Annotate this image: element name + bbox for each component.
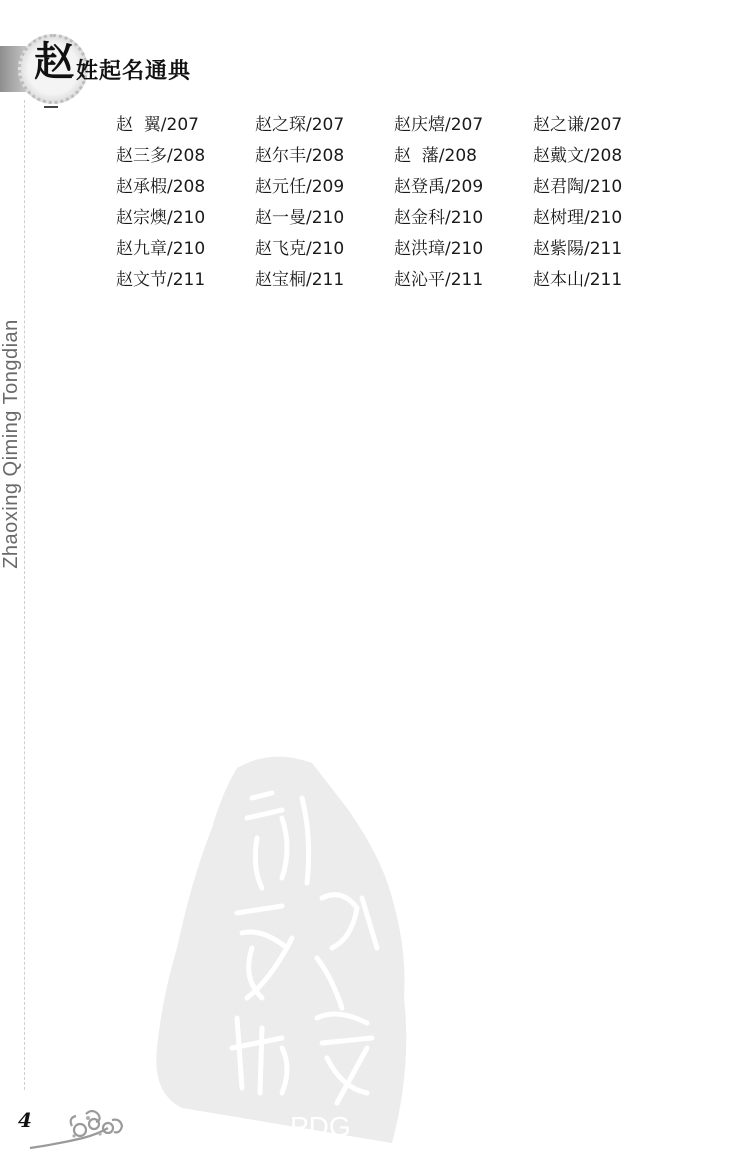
index-entry: 赵树理/210 [533,207,672,229]
index-entry: 赵之谦/207 [533,114,672,136]
index-entry: 赵一曼/210 [255,207,394,229]
watermark-label: PDG [290,1111,351,1142]
index-entry: 赵洪璋/210 [394,238,533,260]
spine-pinyin-title: Zhaoxing Qiming Tongdian [0,314,24,574]
index-entry: 赵承椵/208 [116,176,255,198]
index-entry: 赵九章/210 [116,238,255,260]
header-title-rest: 姓起名通典 [76,60,191,82]
seal-stamp-icon: PDG [142,748,432,1148]
name-index-grid: 赵 翼/207 赵之琛/207 赵庆熺/207 赵之谦/207 赵三多/208 … [116,114,676,291]
book-header: 赵 姓起名通典 [0,20,260,90]
index-entry: 赵登禹/209 [394,176,533,198]
index-entry: 赵三多/208 [116,145,255,167]
index-entry: 赵 藩/208 [394,145,533,167]
index-entry: 赵之琛/207 [255,114,394,136]
index-entry: 赵本山/211 [533,269,672,291]
cloud-scroll-ornament-icon [28,1106,128,1152]
index-entry: 赵元任/209 [255,176,394,198]
index-entry: 赵紫陽/211 [533,238,672,260]
index-entry: 赵君陶/210 [533,176,672,198]
index-entry: 赵沁平/211 [394,269,533,291]
index-entry: 赵戴文/208 [533,145,672,167]
index-entry: 赵尔丰/208 [255,145,394,167]
header-underline [44,106,58,108]
header-title-surname: 赵 [34,42,74,82]
index-entry: 赵金科/210 [394,207,533,229]
index-entry: 赵宝桐/211 [255,269,394,291]
index-entry: 赵飞克/210 [255,238,394,260]
index-entry: 赵文节/211 [116,269,255,291]
index-entry: 赵宗燠/210 [116,207,255,229]
index-entry: 赵 翼/207 [116,114,255,136]
index-entry: 赵庆熺/207 [394,114,533,136]
margin-dashed-line [24,100,25,1090]
